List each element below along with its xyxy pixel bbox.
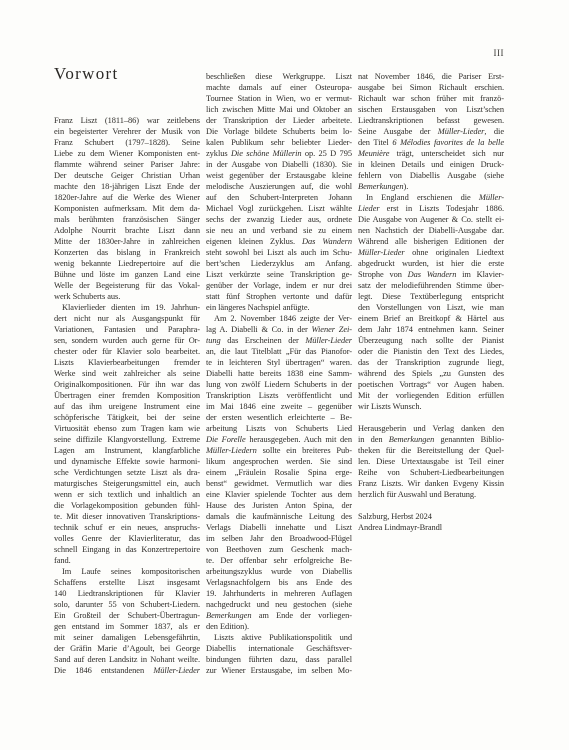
text-line: im Mai 1846 eine zweite – gegenüber <box>206 401 352 412</box>
text-line: Salzburg, Herbst 2024 <box>358 511 504 522</box>
text-line: Reihe von Schubert-Liedbearbeitungen <box>358 467 504 478</box>
book-page: III Vorwort Franz Liszt (1811–86) war ze… <box>0 0 569 750</box>
text-line: fand. <box>54 555 200 566</box>
paragraph-block: Herausgeberin und Verlag danken denin de… <box>358 423 504 500</box>
text-line: ein längeres Nachspiel anfügte. <box>206 302 352 313</box>
text-line: statt fünf Strophen vertonte und dafür <box>206 291 352 302</box>
text-line: Virtuosität ebenso zum Tragen kam wie <box>54 423 200 434</box>
text-line: te. Mit dieser innovativen Transkription… <box>54 511 200 522</box>
text-line: lung von zwölf Liedern Schuberts in der <box>206 379 352 390</box>
text-line: Bühne und löste im ganzen Land eine <box>54 269 200 280</box>
text-line: zur Wiener Erstausgabe, im selben Mo- <box>206 665 352 676</box>
text-line: Diabelli hatte bereits 1838 eine Samm- <box>206 368 352 379</box>
text-line: Übertragen einer fremden Komposition <box>54 390 200 401</box>
text-line: schnell Eingang in das Konzertrepertoire <box>54 544 200 555</box>
text-line: Liedtranskriptionen befasst gewesen. <box>358 115 504 126</box>
text-line: lag A. Diabelli & Co. in der Wiener Zei- <box>206 324 352 335</box>
text-line: dert nicht nur als Ausgangspunkt für <box>54 313 200 324</box>
text-line: te in leichteren Styl übertragen“ waren. <box>206 357 352 368</box>
text-line: volles Genre der Klavierliteratur, das <box>54 533 200 544</box>
text-line: nen Nachstich der Diabelli-Ausgabe dar. <box>358 225 504 236</box>
text-line: und dynamische Effekte sowie harmoni- <box>54 456 200 467</box>
text-line: tung das Erscheinen der Müller-Lieder <box>206 335 352 346</box>
text-line: Richault war schon früher mit franzö- <box>358 93 504 104</box>
text-line: melodische Auszierungen auf, die wohl <box>206 181 352 192</box>
text-line: len. Diese Urtextausgabe ist Teil einer <box>358 456 504 467</box>
text-line: im selben Jahr den Broadwood-Flügel <box>206 533 352 544</box>
text-line: der Gräfin Marie d’Agoult, bei George <box>54 643 200 654</box>
text-line: bindungen führten dazu, dass parallel <box>206 654 352 665</box>
paragraph-block: Klavierlieder dienten im 19. Jahrhun-der… <box>54 302 200 566</box>
text-line: machte den 18-jährigen Liszt Ende der <box>54 181 200 192</box>
text-line: Diabellis internationale Geschäftsver- <box>206 643 352 654</box>
text-line: Müller-Lieder ohne originalen Liedtext <box>358 247 504 258</box>
text-line: nachgedruckt und neu gestochen (siehe <box>206 599 352 610</box>
text-line: in den Bemerkungen genannten Biblio- <box>358 434 504 445</box>
text-line: eigenen kleinen Zyklus. Das Wandern <box>206 236 352 247</box>
text-line: mit seiner damaligen Lebensgefährtin, <box>54 632 200 643</box>
text-line: wir Liszts Wunsch. <box>358 401 504 412</box>
text-line: wenig bekannte Liedrepertoire auf die <box>54 258 200 269</box>
text-line: Variationen, Fantasien und Paraphra- <box>54 324 200 335</box>
paragraph-block: beschließen diese Werkgruppe. Lisztmacht… <box>206 71 352 313</box>
text-line: Adolphe Nourrit brachte Liszt dann <box>54 225 200 236</box>
text-line: Sand auf deren Landsitz in Nohant weilte… <box>54 654 200 665</box>
text-line: Überzeugung nach sollte der Pianist <box>358 335 504 346</box>
text-line: In England erschienen die Müller- <box>358 192 504 203</box>
paragraph-block: Salzburg, Herbst 2024Andrea Lindmayr-Bra… <box>358 511 504 533</box>
text-line: herzlich für Auswahl und Beratung. <box>358 489 504 500</box>
text-column-3: nat November 1846, die Pariser Erst-ausg… <box>358 71 504 533</box>
text-line: Konzerten das bislang in Frankreich <box>54 247 200 258</box>
text-line: Der deutsche Geiger Christian Urhan <box>54 170 200 181</box>
text-line: dem Jahr 1874 entnehmen kann. Seiner <box>358 324 504 335</box>
text-line: Transkription Liszts veröffentlicht und <box>206 390 352 401</box>
text-line: Strophe von Das Wandern im Klavier- <box>358 269 504 280</box>
text-line: Die Ausgabe von Augener & Co. stellt ei- <box>358 214 504 225</box>
text-line: Herausgeberin und Verlag danken den <box>358 423 504 434</box>
text-line: auf den Schubert-Interpreten Johann <box>206 192 352 203</box>
text-line: der Transkription der Lieder arbeitete. <box>206 115 352 126</box>
text-line: legt. Diese Textüberlegung entspricht <box>358 291 504 302</box>
text-line: Liszts Klavierbearbeitungen fremder <box>54 357 200 368</box>
text-line: den Edition). <box>206 621 352 632</box>
text-line: den Titel 6 Mélodies favorites de la bel… <box>358 137 504 148</box>
text-line: te. Der offenbar sehr erfolgreiche Be- <box>206 555 352 566</box>
text-line: mals berühmten französischen Sänger <box>54 214 200 225</box>
text-line: steht sowohl bei Liszt als auch im Schu- <box>206 247 352 258</box>
text-line: in kleinen Details und einigen Druck- <box>358 159 504 170</box>
text-line: während des Spiels „zu Gunsten des <box>358 368 504 379</box>
text-column-2: beschließen diese Werkgruppe. Lisztmacht… <box>206 71 352 676</box>
text-line: Tournee Station in Wien, wo er vermut- <box>206 93 352 104</box>
page-number: III <box>358 48 504 58</box>
text-line: eine Klavier spielende Tochter aus dem <box>206 489 352 500</box>
text-line: ausgabe bei Simon Richault erschien. <box>358 82 504 93</box>
text-line: Meunière trägt, unterscheidet sich nur <box>358 148 504 159</box>
paragraph-block: Franz Liszt (1811–86) war zeitlebensein … <box>54 115 200 302</box>
text-line: poetischen Vortrags“ vor Augen haben. <box>358 379 504 390</box>
text-line: Franz Liszt (1811–86) war zeitlebens <box>54 115 200 126</box>
text-line: Seine Ausgabe der Müller-Lieder, die <box>358 126 504 137</box>
text-line: lich zwischen Mitte Mai und Oktober an <box>206 104 352 115</box>
text-line: bert’schen Liederzyklus am Anfang. <box>206 258 352 269</box>
text-line: sche Verdichtungen setzte Liszt als dra- <box>54 467 200 478</box>
paragraph-block: nat November 1846, die Pariser Erst-ausg… <box>358 71 504 192</box>
text-line: schöpferische Tätigkeit, bei der seine <box>54 412 200 423</box>
text-line: von Beethoven zum Geschenk mach- <box>206 544 352 555</box>
text-line: zyklus Die schöne Müllerin op. 25 D 795 <box>206 148 352 159</box>
text-line: 1820er-Jahre auf die Werke des Wiener <box>54 192 200 203</box>
text-line: Die 1846 entstandenen Müller-Lieder <box>54 665 200 676</box>
text-line: Verlagsnachfolgern bis ans Ende des <box>206 577 352 588</box>
text-line: auf das ihm ureigene Instrument eine <box>54 401 200 412</box>
text-line: Im Laufe seines kompositorischen <box>54 566 200 577</box>
text-line: Ein Großteil der Schubert-Übertragun- <box>54 610 200 621</box>
text-line: seine diffizile Klangvorstellung. Extrem… <box>54 434 200 445</box>
text-line: in der Ausgabe von Diabelli (1830). Sie <box>206 159 352 170</box>
text-line: Franz Liszts. Wir danken Evgeny Kissin <box>358 478 504 489</box>
text-line: gen entstand im Sommer 1837, als er <box>54 621 200 632</box>
text-line: ein begeisterter Verehrer der Musik von <box>54 126 200 137</box>
text-line: fehlern von Diabellis Ausgabe (siehe <box>358 170 504 181</box>
paragraph-block: In England erschienen die Müller-Lieder … <box>358 192 504 412</box>
text-line: Schaffens erstellte Liszt insgesamt <box>54 577 200 588</box>
text-line: Michael Vogl zurückgehen. Liszt wählte <box>206 203 352 214</box>
text-line: werk Schuberts aus. <box>54 291 200 302</box>
text-line: damals die kaufmännische Leitung des <box>206 511 352 522</box>
paragraph-block: Im Laufe seines kompositorischenSchaffen… <box>54 566 200 676</box>
text-line: Liszt verkürzte seine Transkription ge- <box>206 269 352 280</box>
text-line: Welle der Begeisterung für das Vokal- <box>54 280 200 291</box>
text-line: Müller-Liedern sollte ein breiteres Pub- <box>206 445 352 456</box>
text-line: sischen Erstausgaben von Liszt’schen <box>358 104 504 115</box>
text-line: an, die laut Titelblatt „Für das Pianofo… <box>206 346 352 357</box>
text-line: wenn er sich textlich und inhaltlich an <box>54 489 200 500</box>
text-line: Lieder erst in Liszts Todesjahr 1886. <box>358 203 504 214</box>
text-line: Werke sind weit zahlreicher als seine <box>54 368 200 379</box>
text-line: 140 Liedtranskriptionen für Klavier <box>54 588 200 599</box>
text-line: solo, darunter 55 von Schubert-Liedern. <box>54 599 200 610</box>
text-line: einem Brief an Breitkopf & Härtel aus <box>358 313 504 324</box>
text-line: kalen Publikum sehr beliebter Lieder- <box>206 137 352 148</box>
text-line: Bemerkungen am Ende der vorliegen- <box>206 610 352 621</box>
text-line: Lagen am Instrument, klangfarbliche <box>54 445 200 456</box>
text-line: Klavierlieder dienten im 19. Jahrhun- <box>54 302 200 313</box>
text-line: Verlags Diabelli innehatte und Liszt <box>206 522 352 533</box>
text-line: Mit der vorliegenden Edition erfüllen <box>358 390 504 401</box>
text-line: abgedruckt wurden, ist hier die erste <box>358 258 504 269</box>
text-line: einem „Fräulein Rosalie Spina erge- <box>206 467 352 478</box>
text-line: flammte während seiner Pariser Jahre: <box>54 159 200 170</box>
text-line: Originalkompositionen. Für ihn war das <box>54 379 200 390</box>
text-line: den Vorstellungen von Liszt, wie man <box>358 302 504 313</box>
text-line: nat November 1846, die Pariser Erst- <box>358 71 504 82</box>
text-line: sechs der zwanzig Lieder aus, ordnete <box>206 214 352 225</box>
text-line: theken für die Bereitstellung der Quel- <box>358 445 504 456</box>
text-line: beschließen diese Werkgruppe. Liszt <box>206 71 352 82</box>
text-line: benst“ gewidmet. Vermutlich war dies <box>206 478 352 489</box>
page-title: Vorwort <box>54 64 119 84</box>
text-line: sie neu an und verband sie zu einem <box>206 225 352 236</box>
text-line: Franz Schubert (1797–1828). Seine <box>54 137 200 148</box>
text-line: genüber der Vorlage, indem er nur drei <box>206 280 352 291</box>
text-line: Liszts aktive Publikationspolitik und <box>206 632 352 643</box>
text-line: Die Vorlage bildete Schuberts beim lo- <box>206 126 352 137</box>
text-line: arbeitung Liszts von Schuberts Lied <box>206 423 352 434</box>
text-line: 19. Jahrhunderts in mehreren Auflagen <box>206 588 352 599</box>
text-line: Andrea Lindmayr-Brandl <box>358 522 504 533</box>
text-column-1: Franz Liszt (1811–86) war zeitlebensein … <box>54 115 200 676</box>
text-line: Während alle bisherigen Editionen der <box>358 236 504 247</box>
text-line: Die Forelle herausgegeben. Auch mit den <box>206 434 352 445</box>
text-line: maturgisches Steigerungsmittel ein, auch <box>54 478 200 489</box>
text-line: arbeitungszyklus wurde von Diabellis <box>206 566 352 577</box>
paragraph-block: Am 2. November 1846 zeigte der Ver-lag A… <box>206 313 352 632</box>
text-line: oder die Pianistin den Text des Liedes, <box>358 346 504 357</box>
text-line: Hause des Juristen Anton Spina, der <box>206 500 352 511</box>
text-line: Am 2. November 1846 zeigte der Ver- <box>206 313 352 324</box>
text-line: machte damals auf einer Osteuropa- <box>206 82 352 93</box>
text-line: Bemerkungen). <box>358 181 504 192</box>
text-line: technik schuf er ein neues, anspruchs- <box>54 522 200 533</box>
text-line: die Vorlagekomposition gebunden fühl- <box>54 500 200 511</box>
text-line: chester oder für Klavier solo bearbeitet… <box>54 346 200 357</box>
text-line: sen, sondern wurden auch gerne für Or- <box>54 335 200 346</box>
text-line: das der Transkription zugrunde liegt, <box>358 357 504 368</box>
text-line: Liebe zu dem Wiener Komponisten ent- <box>54 148 200 159</box>
text-line: likum angesprochen werden. Sie sind <box>206 456 352 467</box>
text-line: Komponisten aufmerksam. Mit dem da- <box>54 203 200 214</box>
text-line: weist gegenüber der Erstausgabe kleine <box>206 170 352 181</box>
text-line: Mitte der 1830er-Jahre in zahlreichen <box>54 236 200 247</box>
paragraph-block: Liszts aktive Publikationspolitik undDia… <box>206 632 352 676</box>
text-line: der ersten wesentlich erleichterte – Be- <box>206 412 352 423</box>
text-line: satz der melodieführenden Stimme über- <box>358 280 504 291</box>
